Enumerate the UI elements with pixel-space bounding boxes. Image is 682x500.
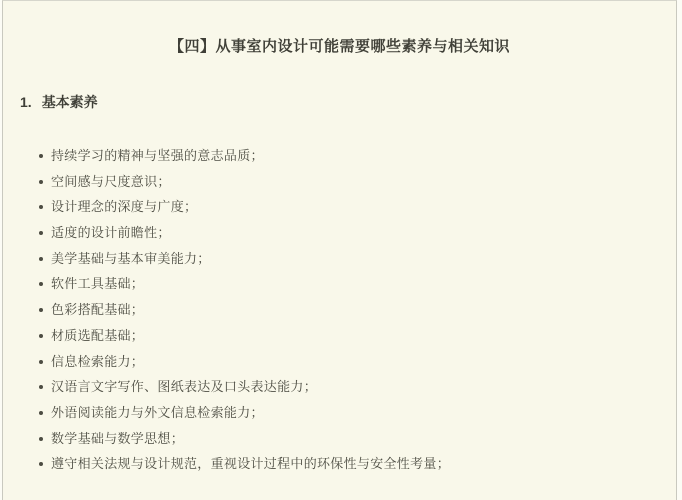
list-item-text: 遵守相关法规与设计规范，重视设计过程中的环保性与安全性考量； (51, 457, 450, 469)
bullet-icon (39, 231, 43, 235)
bullet-icon (39, 334, 43, 338)
list-item-text: 数学基础与数学思想； (51, 432, 184, 446)
list-item-text: 汉语言文字写作、图纸表达及口头表达能力； (51, 380, 317, 394)
content-panel: 【四】从事室内设计可能需要哪些素养与相关知识 1.基本素养 持续学习的精神与坚强… (2, 0, 677, 469)
list-item: 美学基础与基本审美能力； (51, 252, 676, 266)
bullet-icon (39, 462, 43, 466)
bullet-icon (39, 180, 43, 184)
list-item-text: 材质选配基础； (51, 329, 144, 343)
bullet-icon (39, 437, 43, 441)
list-item: 遵守相关法规与设计规范，重视设计过程中的环保性与安全性考量； (51, 457, 676, 469)
list-item-text: 美学基础与基本审美能力； (51, 252, 211, 266)
list-item-text: 色彩搭配基础； (51, 303, 144, 317)
list-item: 信息检索能力； (51, 355, 676, 369)
page-title: 【四】从事室内设计可能需要哪些素养与相关知识 (3, 38, 676, 55)
list-item: 适度的设计前瞻性； (51, 226, 676, 240)
list-item-text: 设计理念的深度与广度； (51, 200, 197, 214)
section-title: 基本素养 (42, 94, 98, 110)
list-item-text: 软件工具基础； (51, 277, 144, 291)
list-item: 空间感与尺度意识； (51, 175, 676, 189)
list-item-text: 空间感与尺度意识； (51, 175, 171, 189)
list-item: 数学基础与数学思想； (51, 432, 676, 446)
bullet-icon (39, 257, 43, 261)
list-item-text: 外语阅读能力与外文信息检索能力； (51, 406, 264, 420)
list-item-text: 信息检索能力； (51, 355, 144, 369)
list-item-text: 持续学习的精神与坚强的意志品质； (51, 149, 264, 163)
bullet-icon (39, 282, 43, 286)
bullet-icon (39, 308, 43, 312)
bullet-icon (39, 360, 43, 364)
list-item: 外语阅读能力与外文信息检索能力； (51, 406, 676, 420)
list-item-text: 适度的设计前瞻性； (51, 226, 171, 240)
list-item: 设计理念的深度与广度； (51, 200, 676, 214)
list-item: 持续学习的精神与坚强的意志品质； (51, 149, 676, 163)
section-number: 1. (20, 94, 32, 110)
bullet-icon (39, 411, 43, 415)
list-item: 软件工具基础； (51, 277, 676, 291)
list-item: 色彩搭配基础； (51, 303, 676, 317)
list-item: 汉语言文字写作、图纸表达及口头表达能力； (51, 380, 676, 394)
list-item: 材质选配基础； (51, 329, 676, 343)
bullet-icon (39, 205, 43, 209)
bullet-icon (39, 385, 43, 389)
section-heading: 1.基本素养 (20, 94, 676, 110)
bullet-list: 持续学习的精神与坚强的意志品质； 空间感与尺度意识； 设计理念的深度与广度； 适… (3, 149, 676, 469)
bullet-icon (39, 154, 43, 158)
